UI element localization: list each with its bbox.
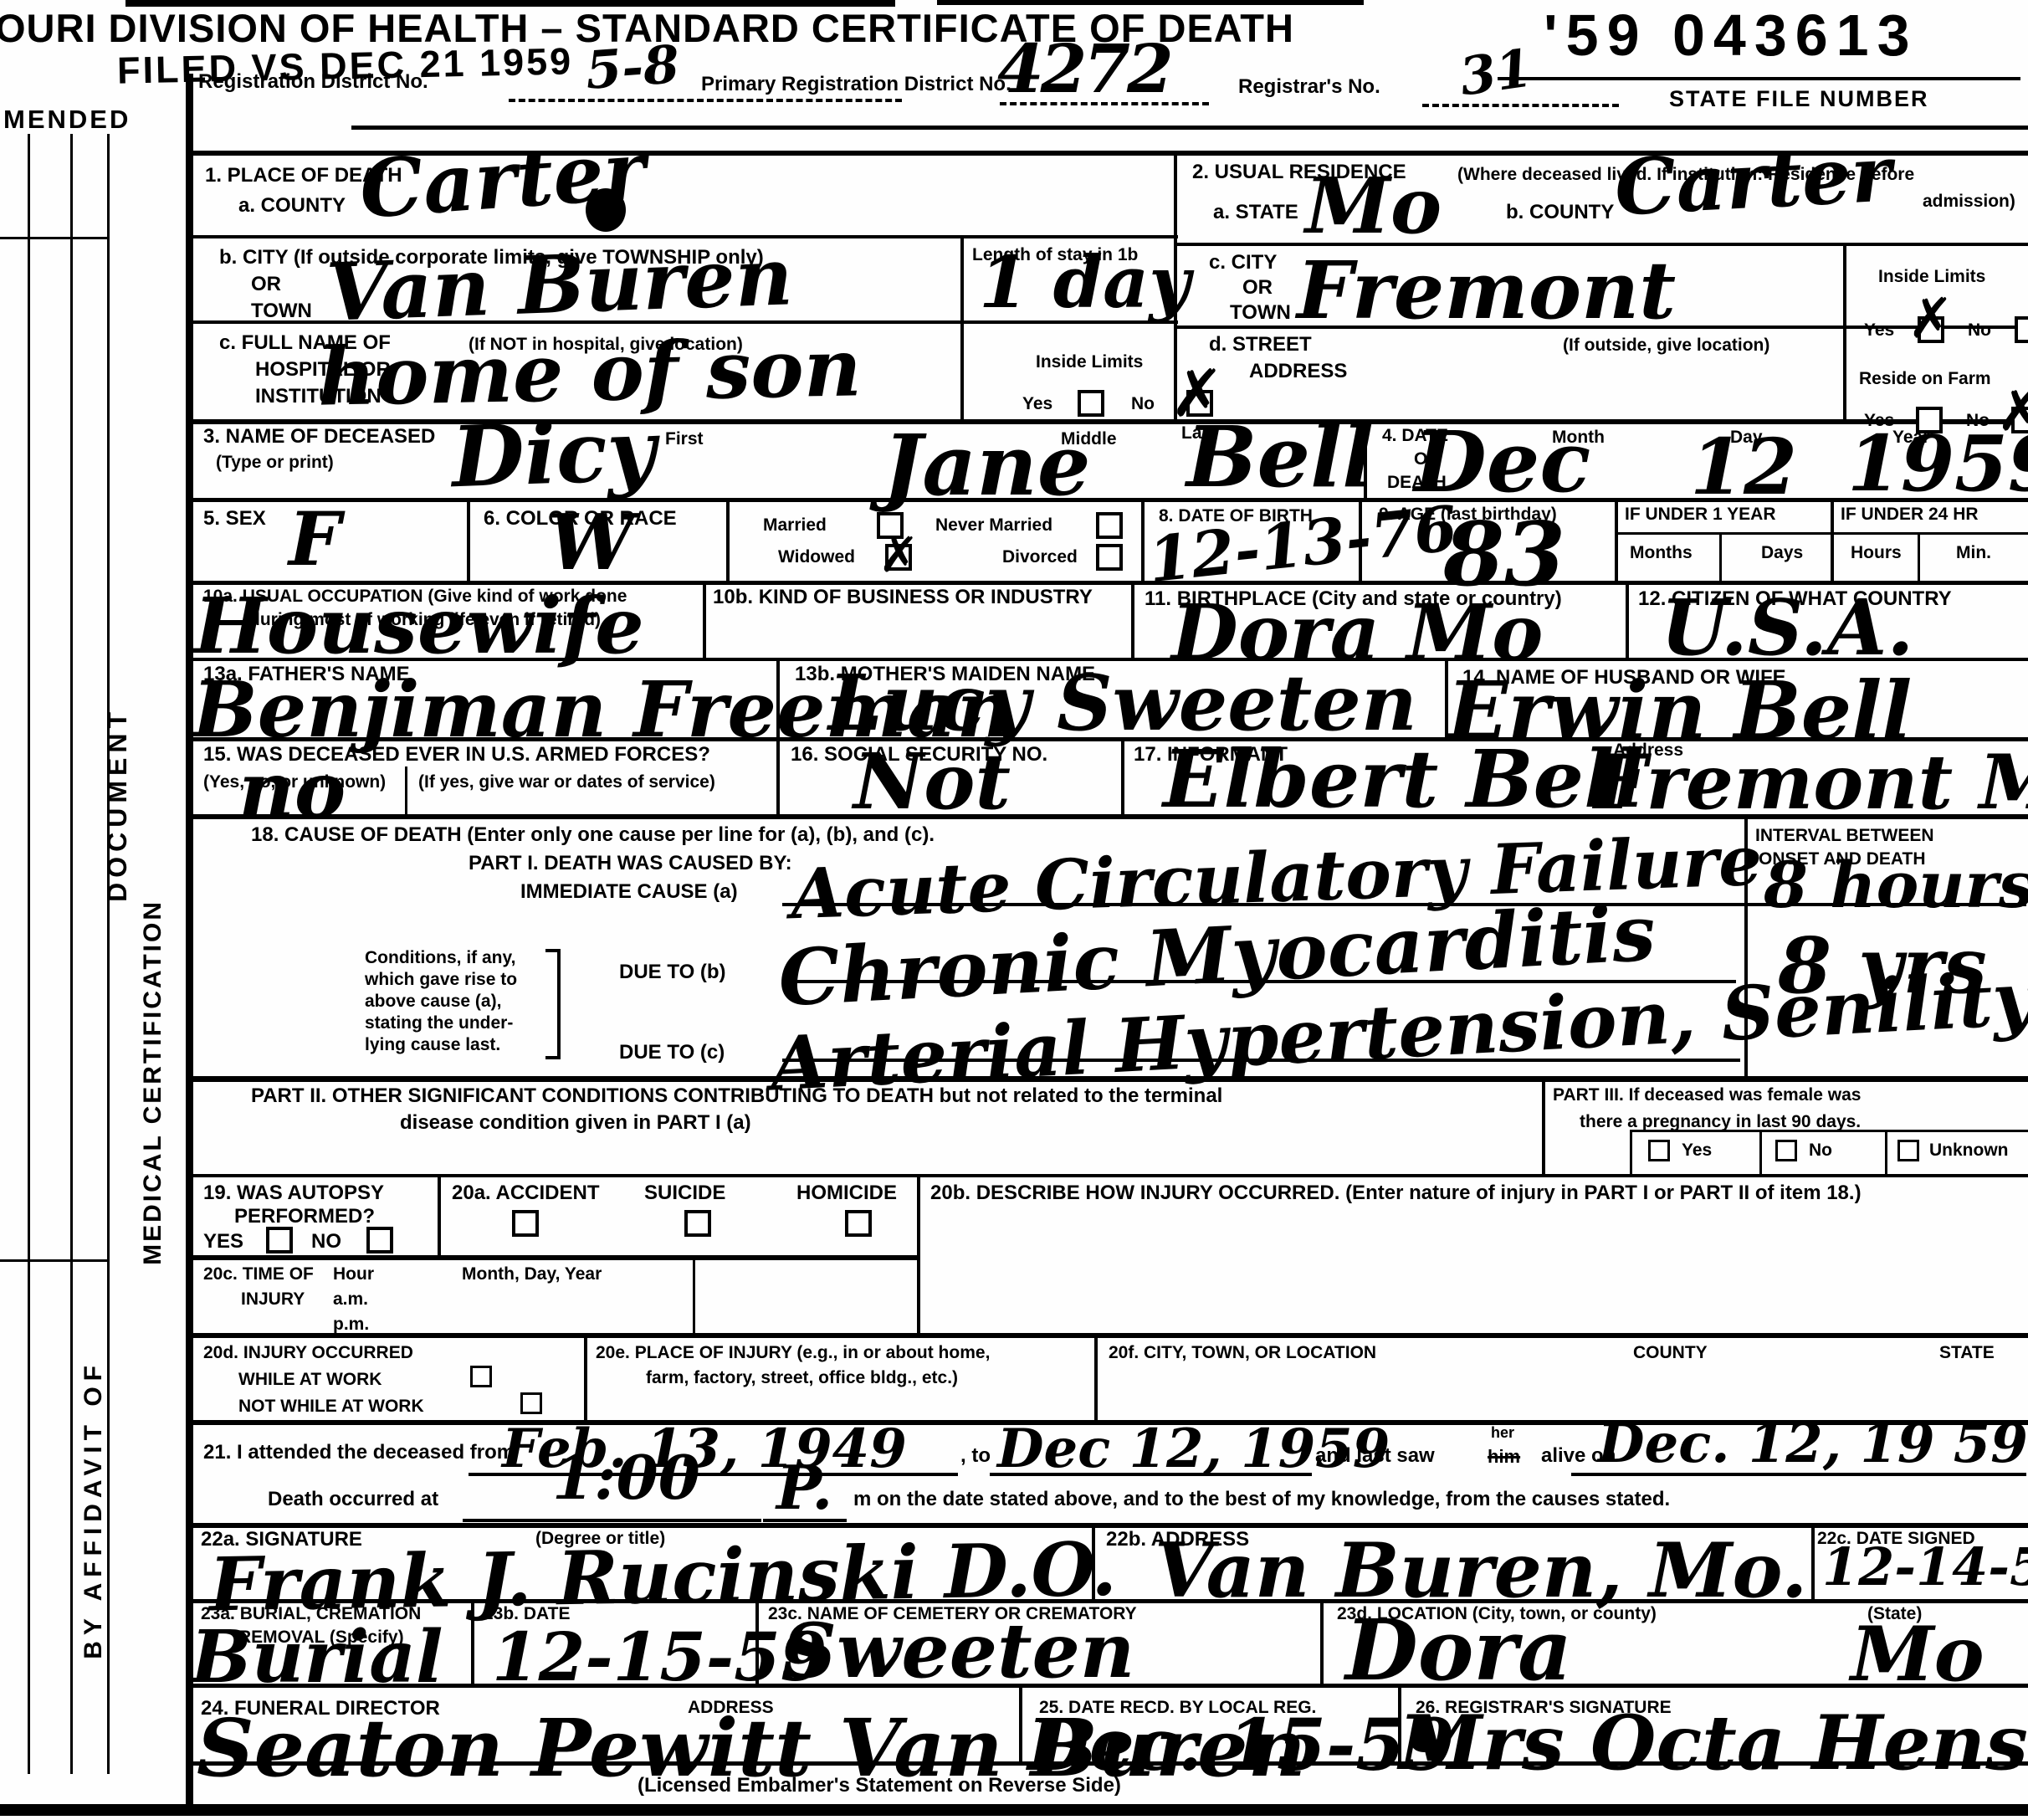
- rule: [1811, 1523, 1815, 1599]
- accident-checkbox: [512, 1210, 539, 1237]
- cemetery-value: Sweeten: [782, 1613, 1134, 1689]
- marital-widowed-label: Widowed: [778, 546, 855, 567]
- autopsy-label: 19. WAS AUTOPSY: [203, 1182, 384, 1206]
- cemetery-location-value: Dora: [1345, 1608, 1572, 1692]
- ink-blot: [586, 188, 626, 232]
- age-value: 83: [1443, 510, 1565, 598]
- conditions-note-1: Conditions, if any,: [365, 947, 515, 968]
- attended-to-label: , to: [960, 1444, 991, 1469]
- sex-label: 5. SEX: [203, 507, 266, 531]
- occupation-value: Housewife: [194, 587, 644, 664]
- residence-inside-limits-no-label: No: [1968, 320, 1991, 341]
- name-sub-label: (Type or print): [216, 452, 334, 473]
- describe-injury-label: 20b. DESCRIBE HOW INJURY OCCURRED. (Ente…: [930, 1182, 1862, 1206]
- conditions-note-2: which gave rise to: [365, 969, 517, 990]
- rule: [1422, 104, 1619, 107]
- time-of-injury-label: 20c. TIME OF: [203, 1264, 314, 1284]
- attended-prefix: 21. I attended the deceased from: [203, 1441, 515, 1465]
- rule: [782, 1059, 1740, 1062]
- rule: [1571, 1473, 2026, 1476]
- part2-label-2: disease condition given in PART I (a): [400, 1111, 751, 1136]
- rule: [1498, 77, 2020, 80]
- reside-on-farm-label: Reside on Farm: [1859, 368, 1991, 389]
- margin-rule: [28, 134, 30, 1774]
- armed-forces-note2: (If yes, give war or dates of service): [418, 772, 715, 792]
- death-ampm-value: P.: [776, 1458, 832, 1518]
- min-label: Min.: [1956, 542, 1991, 563]
- place-inside-limits-no-label: No: [1131, 393, 1155, 414]
- rule: [990, 1473, 1312, 1476]
- immediate-cause-label: IMMEDIATE CAUSE (a): [520, 880, 738, 905]
- rule: [1885, 1130, 1887, 1174]
- registrar-no-label: Registrar's No.: [1238, 75, 1380, 100]
- rule: [1843, 243, 1846, 419]
- last-saw-label: and last saw: [1315, 1444, 1435, 1469]
- homicide-checkbox: [845, 1210, 872, 1237]
- first-name-label: First: [665, 428, 704, 449]
- due-to-b-label: DUE TO (b): [619, 961, 726, 985]
- marital-widowed-checkmark: ✗: [878, 531, 919, 579]
- informant-value: Elbert Bell: [1163, 740, 1644, 819]
- rule: [405, 766, 407, 814]
- am-label: a.m.: [333, 1289, 368, 1310]
- conditions-bracket: [545, 949, 561, 1059]
- death-time-value: 1:00: [552, 1448, 700, 1508]
- name-heading: 3. NAME OF DECEASED: [203, 425, 435, 449]
- conditions-note-4: stating the under-: [365, 1013, 513, 1033]
- interval-label-1: INTERVAL BETWEEN: [1755, 825, 1934, 846]
- rule: [1542, 1076, 1545, 1174]
- autopsy-yes-checkbox: [266, 1227, 293, 1253]
- rule: [1719, 532, 1722, 581]
- autopsy-yes-label: YES: [203, 1230, 243, 1254]
- marital-divorced-checkbox: [1096, 544, 1123, 571]
- margin-rule: [0, 237, 109, 239]
- rule: [726, 498, 730, 581]
- conditions-note-5: lying cause last.: [365, 1034, 500, 1055]
- middle-name-value: Jane: [883, 423, 1090, 507]
- county-of-death-label: a. COUNTY: [238, 194, 346, 218]
- marital-never-married-checkbox: [1096, 512, 1123, 539]
- autopsy-label-2: PERFORMED?: [234, 1205, 375, 1229]
- rule: [1626, 581, 1629, 658]
- embalmer-note: (Licensed Embalmer's Statement on Revers…: [638, 1774, 1121, 1798]
- death-occurred-label: Death occurred at: [268, 1488, 438, 1512]
- rule: [509, 99, 902, 102]
- burial-date-value: 12-15-59: [492, 1623, 827, 1690]
- armed-forces-value: no: [238, 751, 346, 828]
- citizen-value: U.S.A.: [1661, 589, 1913, 666]
- margin-document-label: DOCUMENT: [102, 707, 133, 902]
- residence-inside-limits-no-checkbox: [2015, 316, 2028, 343]
- autopsy-no-checkbox: [366, 1227, 393, 1253]
- residence-city-label: c. CITY: [1209, 251, 1277, 275]
- cause-heading: 18. CAUSE OF DEATH (Enter only one cause…: [251, 823, 935, 848]
- homicide-label: HOMICIDE: [796, 1182, 897, 1206]
- pregnancy-no-label: No: [1809, 1140, 1832, 1161]
- rule: [584, 1333, 587, 1420]
- part3-label: PART III. If deceased was female was: [1553, 1084, 1861, 1105]
- amended-label: MENDED: [3, 104, 131, 135]
- injury-occurred-label: 20d. INJURY OCCURRED: [203, 1342, 413, 1363]
- first-name-value: Dicy: [450, 408, 657, 499]
- rule: [469, 1473, 958, 1476]
- suicide-label: SUICIDE: [644, 1182, 725, 1206]
- rule: [467, 498, 470, 581]
- marital-married-label: Married: [763, 515, 827, 536]
- mother-name-value: Lucy Sweeten: [828, 664, 1417, 741]
- rule: [703, 581, 706, 658]
- while-at-work-label: WHILE AT WORK: [238, 1369, 382, 1390]
- months-label: Months: [1630, 542, 1693, 563]
- length-of-stay-value: 1 day: [979, 248, 1191, 319]
- pregnancy-no-checkbox: [1775, 1140, 1797, 1161]
- state-file-number: '59 043613: [1544, 0, 1918, 70]
- pregnancy-unknown-label: Unknown: [1929, 1140, 2009, 1161]
- due-to-c-label: DUE TO (c): [619, 1041, 725, 1065]
- if-under-1-year-label: IF UNDER 1 YEAR: [1625, 504, 1775, 525]
- bottom-border: [0, 1804, 2028, 1816]
- state-file-number-label: STATE FILE NUMBER: [1669, 85, 1929, 112]
- city-of-death-value: Van Buren: [325, 237, 795, 332]
- city-of-death-label-town: TOWN: [251, 300, 312, 324]
- place-inside-limits-yes-label: Yes: [1022, 393, 1052, 414]
- rule: [1141, 498, 1145, 581]
- rule: [1759, 1130, 1762, 1174]
- pm-label: p.m.: [333, 1314, 369, 1335]
- month-day-year-label: Month, Day, Year: [462, 1264, 602, 1284]
- injury-city-label: 20f. CITY, TOWN, OR LOCATION: [1109, 1342, 1376, 1363]
- rule: [763, 1519, 847, 1522]
- place-inside-limits-label: Inside Limits: [1036, 351, 1143, 372]
- death-day-value: 12: [1690, 428, 1797, 505]
- hour-label: Hour: [333, 1264, 374, 1284]
- interval-a-value: 8 hours: [1764, 854, 2028, 917]
- rule: [1094, 1333, 1098, 1420]
- time-of-injury-label-2: INJURY: [241, 1289, 305, 1310]
- city-of-death-label-or: OR: [251, 273, 281, 297]
- date-received-value: Dec. 15-59: [1027, 1710, 1455, 1782]
- margin-medical-certification-label: MEDICAL CERTIFICATION: [139, 900, 167, 1265]
- rule: [1121, 737, 1124, 814]
- margin-rule: [0, 1259, 109, 1262]
- residence-state-value: Mo: [1305, 167, 1442, 244]
- death-certificate-scan: OURI DIVISION OF HEALTH – STANDARD CERTI…: [0, 0, 2028, 1820]
- primary-district-value: 4272: [997, 35, 1170, 102]
- place-of-injury-label: 20e. PLACE OF INJURY (e.g., in or about …: [596, 1342, 990, 1363]
- rule: [1918, 532, 1920, 581]
- race-value: W: [548, 504, 634, 581]
- rule: [191, 1255, 919, 1260]
- conditions-note-3: above cause (a),: [365, 991, 501, 1012]
- not-while-at-work-label: NOT WHILE AT WORK: [238, 1396, 424, 1417]
- last-saw-date-value: Dec. 12, 19 59: [1598, 1418, 2028, 1471]
- residence-inside-limits-yes-checkmark: ✗: [1908, 291, 1954, 346]
- part3-label-2: there a pregnancy in last 90 days.: [1580, 1111, 1861, 1132]
- ssn-value: Not: [853, 743, 1011, 820]
- rule: [1615, 532, 2028, 535]
- last-name-value: Bell: [1186, 415, 1374, 499]
- not-while-at-work-checkbox: [520, 1392, 542, 1414]
- last-saw-him-label: him: [1488, 1446, 1520, 1468]
- rule: [693, 1255, 695, 1333]
- last-saw-her-label: her: [1491, 1424, 1514, 1443]
- if-under-24-hr-label: IF UNDER 24 HR: [1841, 504, 1979, 525]
- residence-heading-note2: admission): [1923, 191, 2015, 212]
- residence-inside-limits-yes-label: Yes: [1864, 320, 1894, 341]
- residence-county-label: b. COUNTY: [1506, 201, 1614, 225]
- rule: [438, 1174, 441, 1255]
- injury-state-label: STATE: [1939, 1342, 1995, 1363]
- registrar-no-value: 31: [1457, 42, 1535, 103]
- pregnancy-unknown-checkbox: [1897, 1140, 1919, 1161]
- pregnancy-yes-label: Yes: [1682, 1140, 1712, 1161]
- margin-rule: [70, 134, 73, 1774]
- cemetery-state-value: Mo: [1851, 1617, 1984, 1692]
- while-at-work-checkbox: [470, 1366, 492, 1387]
- days-label: Days: [1761, 542, 1803, 563]
- rule: [917, 1174, 920, 1333]
- place-of-injury-label-2: farm, factory, street, office bldg., etc…: [646, 1367, 958, 1388]
- death-occurred-suffix: m on the date stated above, and to the b…: [853, 1488, 1670, 1512]
- death-year-value: 1959: [1847, 425, 2028, 502]
- margin-by-affidavit-label: BY AFFIDAVIT OF: [79, 1360, 108, 1659]
- registrar-signature-value: Mrs Octa Henson: [1399, 1705, 2028, 1781]
- primary-district-label: Primary Registration District No.: [701, 73, 1011, 97]
- death-month-value: Dec: [1414, 420, 1590, 504]
- registration-district-label: Registration District No.: [198, 70, 428, 95]
- cause-part1-label: PART I. DEATH WAS CAUSED BY:: [469, 852, 792, 876]
- accident-label: 20a. ACCIDENT: [452, 1182, 599, 1206]
- rule: [1131, 581, 1134, 658]
- residence-city-value: Fremont: [1297, 251, 1676, 331]
- pregnancy-yes-checkbox: [1648, 1140, 1670, 1161]
- residence-city-label-or: OR: [1242, 276, 1273, 300]
- street-address-note: (If outside, give location): [1563, 335, 1769, 356]
- residence-inside-limits-label: Inside Limits: [1878, 266, 1985, 287]
- rule: [1630, 1130, 1632, 1174]
- burial-value: Burial: [191, 1622, 443, 1694]
- rule: [960, 235, 964, 419]
- residence-county-value: Carter: [1613, 135, 1893, 226]
- rule: [191, 1333, 2028, 1338]
- rule: [463, 1519, 761, 1522]
- place-inside-limits-yes-checkbox: [1078, 390, 1104, 417]
- street-address-label-2: ADDRESS: [1249, 360, 1347, 384]
- marital-never-married-label: Never Married: [935, 515, 1052, 536]
- rule: [1831, 498, 1834, 581]
- rule: [191, 1174, 2028, 1177]
- hours-label: Hours: [1851, 542, 1902, 563]
- rule: [1615, 498, 1618, 581]
- part2-label: PART II. OTHER SIGNIFICANT CONDITIONS CO…: [251, 1084, 1222, 1109]
- injury-county-label: COUNTY: [1633, 1342, 1708, 1363]
- form-left-border: [186, 74, 193, 1812]
- registration-district-value: 5-8: [584, 38, 681, 97]
- sex-value: F: [289, 502, 341, 576]
- street-address-label: d. STREET: [1209, 333, 1312, 357]
- autopsy-no-label: NO: [311, 1230, 341, 1254]
- physician-address-value: Van Buren, Mo.: [1155, 1533, 1807, 1608]
- suicide-checkbox: [684, 1210, 711, 1237]
- residence-city-label-town: TOWN: [1230, 301, 1291, 326]
- marital-divorced-label: Divorced: [1002, 546, 1078, 567]
- informant-address-value: Fremont Mo: [1594, 745, 2028, 820]
- business-label: 10b. KIND OF BUSINESS OR INDUSTRY: [713, 586, 1093, 610]
- residence-state-label: a. STATE: [1213, 201, 1298, 225]
- date-signed-value: 12-14-59: [1822, 1541, 2028, 1593]
